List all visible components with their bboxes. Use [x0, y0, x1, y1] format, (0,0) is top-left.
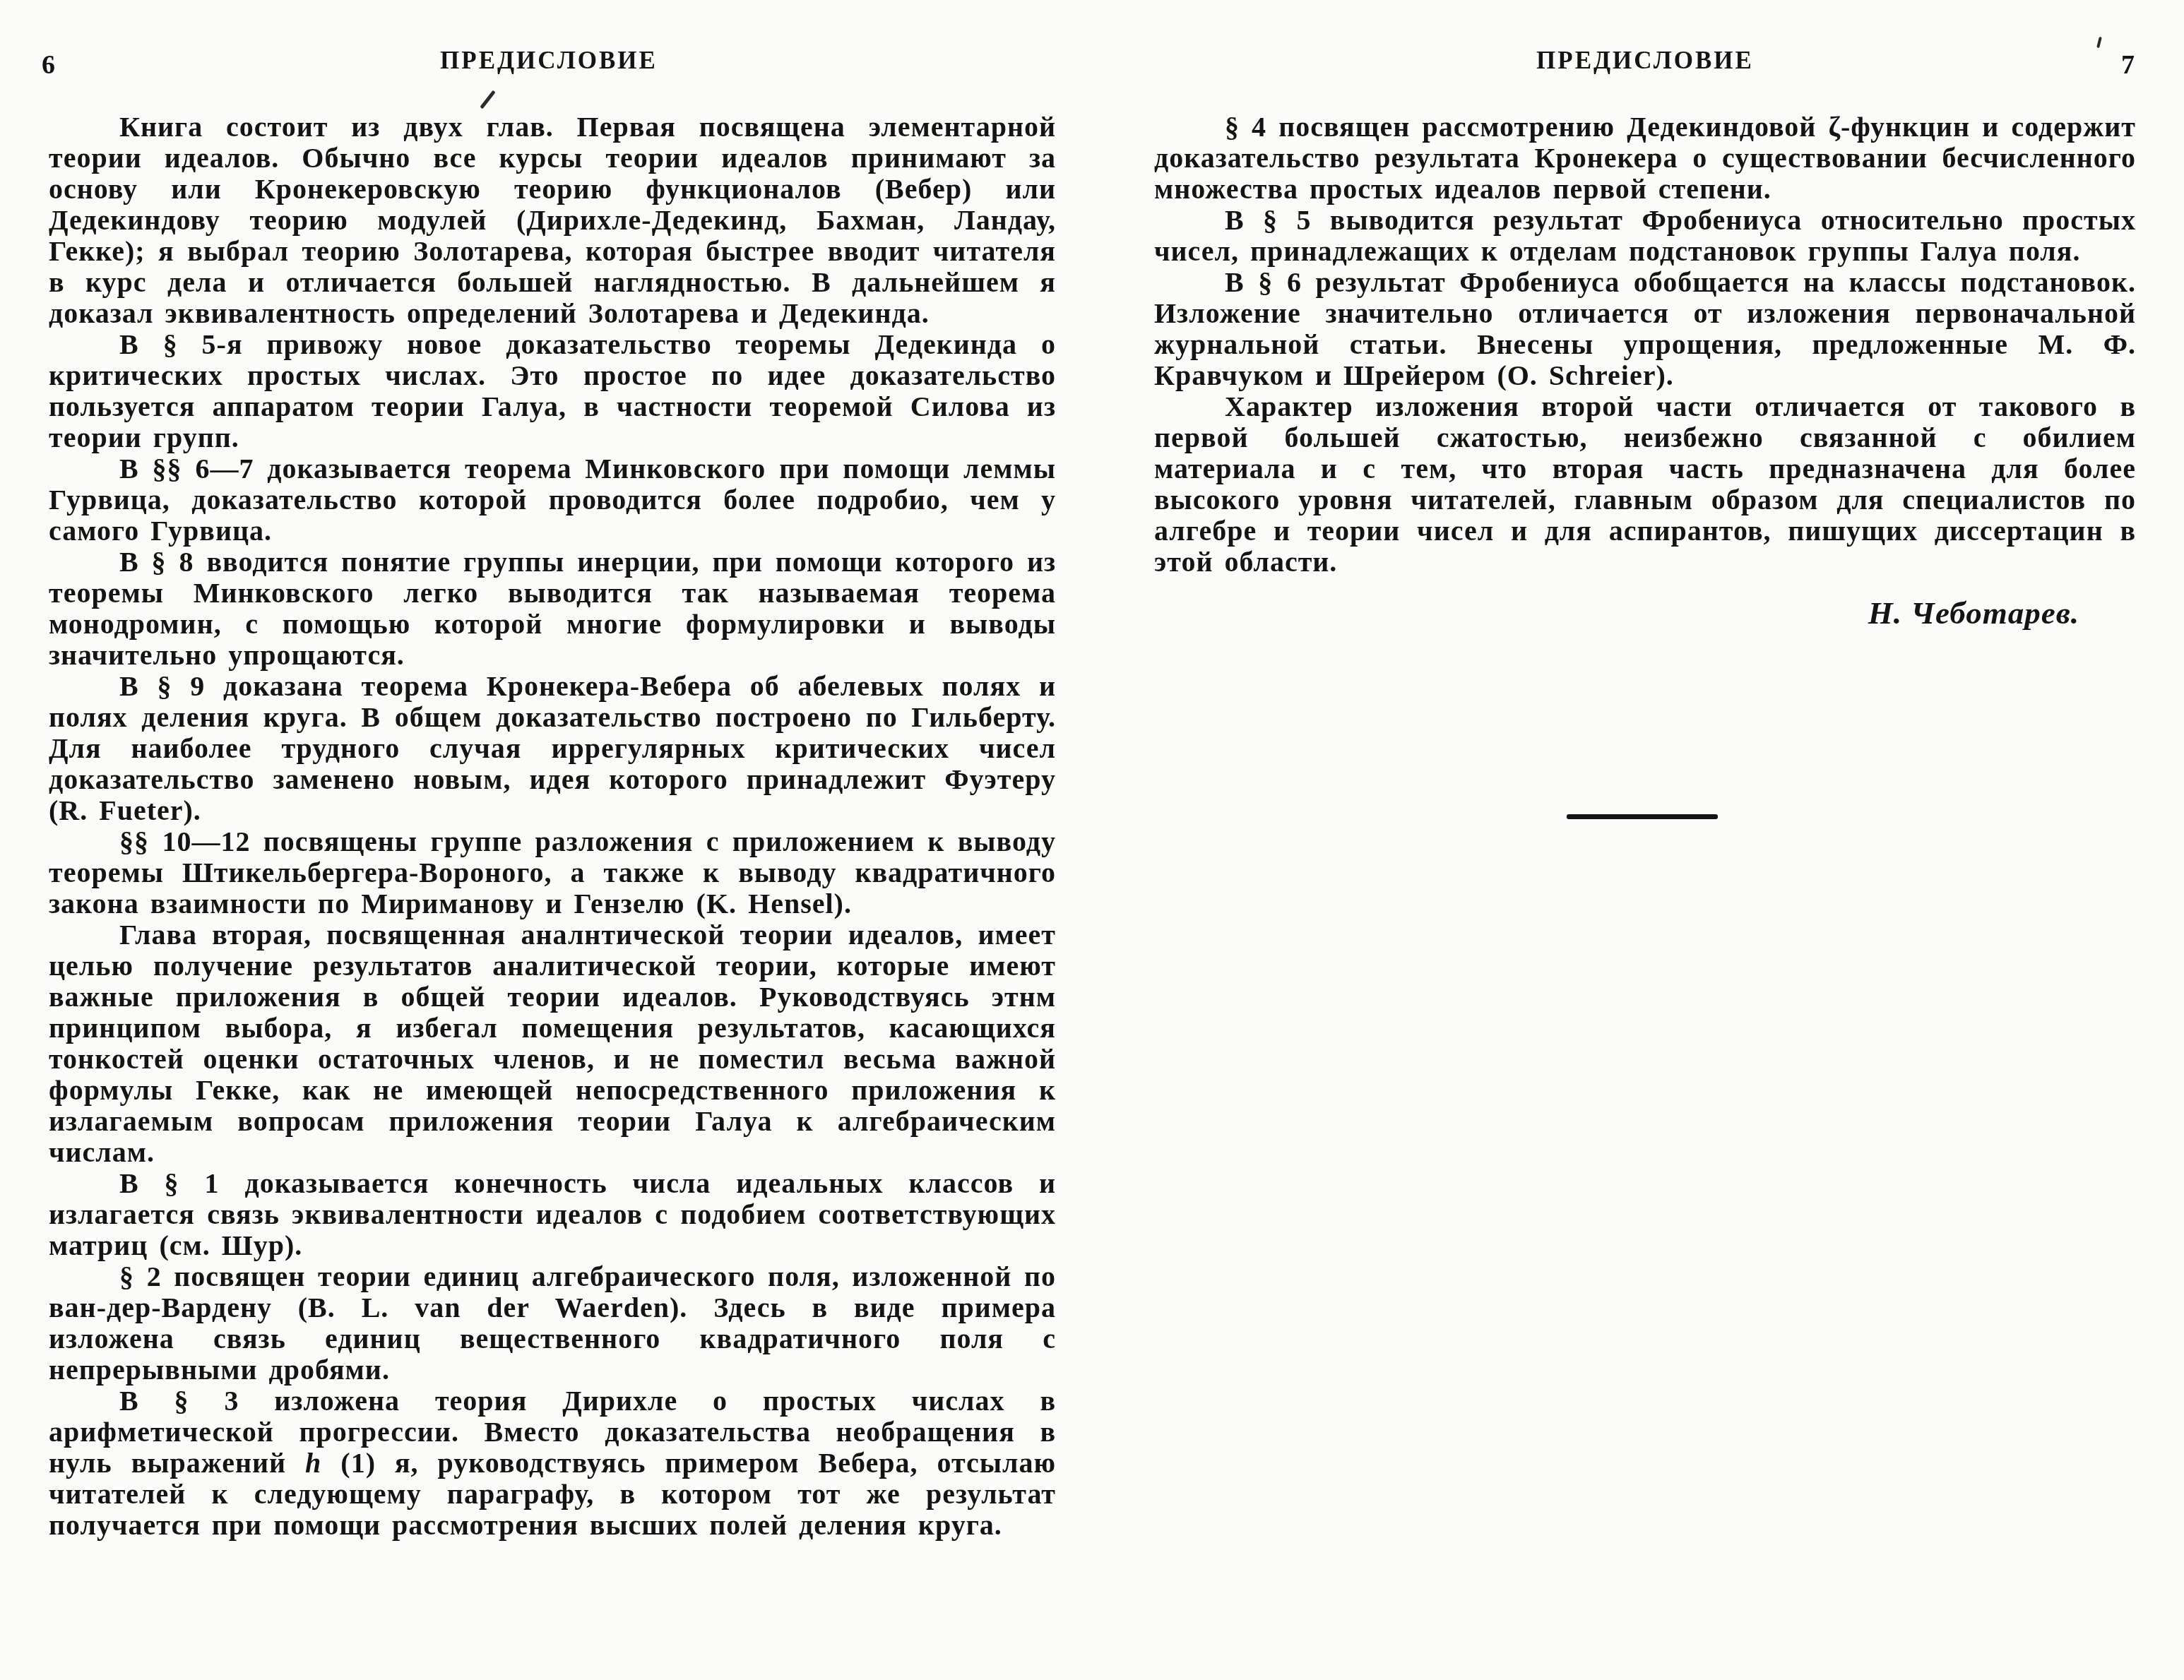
scan-artifact-mark	[480, 90, 495, 109]
section-end-rule	[1567, 814, 1718, 819]
author-signature: Н. Чеботарев.	[1154, 595, 2136, 631]
paragraph-section-5-frobenius: В § 5 выводится результат Фробениуса отн…	[1154, 205, 2136, 267]
text-column-right: § 4 посвящен рассмотрению Дедекиндовой ζ…	[1154, 112, 2136, 631]
paragraph-section-9: В § 9 доказана теорема Кронекера-Вебера …	[49, 671, 1056, 826]
paragraph-section-8: В § 8 вводится понятие группы инерции, п…	[49, 547, 1056, 671]
page-header-left: 6 ПРЕДИСЛОВИЕ	[42, 47, 1056, 75]
text-column-left: Книга состоит из двух глав. Первая посвя…	[49, 112, 1056, 1541]
paragraph-chapter-two: Глава вторая, посвященная аналнтической …	[49, 919, 1056, 1168]
paragraph-section-5: В § 5-я привожу новое доказательство тео…	[49, 329, 1056, 453]
page-header-right: ПРЕДИСЛОВИЕ 7	[1154, 47, 2136, 75]
book-page-left: 6 ПРЕДИСЛОВИЕ Книга состоит из двух глав…	[0, 0, 1092, 1680]
paragraph-part-two-character: Характер изложения второй части отличает…	[1154, 391, 2136, 578]
paragraph-section-2: § 2 посвящен теории единиц алгебраическо…	[49, 1261, 1056, 1386]
book-page-right: ПРЕДИСЛОВИЕ 7 § 4 посвящен рассмотрению …	[1092, 0, 2184, 1680]
paragraph-section-6-frobenius: В § 6 результат Фробениуса обобщается на…	[1154, 267, 2136, 391]
page-number-right: 7	[2121, 49, 2135, 81]
paragraph-section-4: § 4 посвящен рассмотрению Дедекиндовой ζ…	[1154, 112, 2136, 205]
paragraph-sections-10-12: §§ 10—12 посвящены группе разложения с п…	[49, 826, 1056, 919]
paragraph-section-3: В § 3 изложена теория Дирихле о простых …	[49, 1386, 1056, 1541]
running-title-left: ПРЕДИСЛОВИЕ	[42, 47, 1056, 75]
page-number-left: 6	[42, 49, 55, 81]
paragraph-sections-6-7: В §§ 6—7 доказывается теорема Минковског…	[49, 453, 1056, 547]
math-variable-h: h	[305, 1447, 321, 1479]
running-title-right: ПРЕДИСЛОВИЕ	[1154, 47, 2136, 75]
paragraph-book-overview: Книга состоит из двух глав. Первая посвя…	[49, 112, 1056, 329]
paragraph-section-1: В § 1 доказывается конечность числа идеа…	[49, 1168, 1056, 1261]
